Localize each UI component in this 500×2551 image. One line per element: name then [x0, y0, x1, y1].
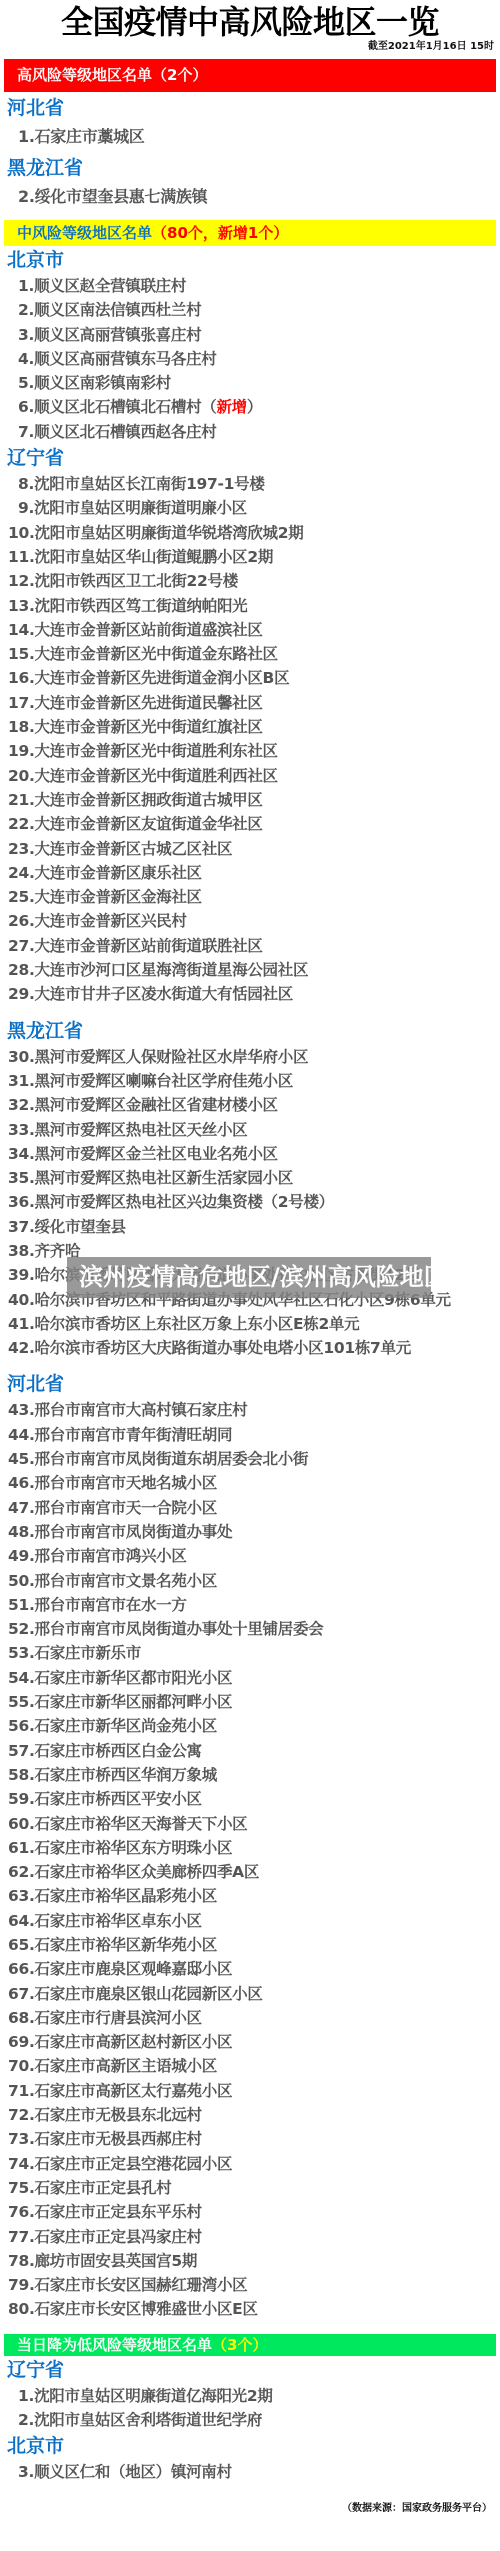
list-item-text: 60.石家庄市裕华区天海誉天下小区	[8, 1815, 247, 1833]
list-item-text: 71.石家庄市高新区太行嘉苑小区	[8, 2082, 232, 2100]
list-item-text: 24.大连市金普新区康乐社区	[8, 864, 202, 882]
list-item: 7.顺义区北石槽镇西赵各庄村	[0, 420, 500, 444]
list-item: 47.邢台市南宫市天一合院小区	[0, 1496, 500, 1520]
list-item-text: 30.黑河市爱辉区人保财险社区水岸华府小区	[8, 1048, 308, 1066]
high-risk-section: 高风险等级地区名单（2个） 河北省 1.石家庄市藁城区 黑龙江省 2.绥化市望奎…	[0, 59, 500, 212]
list-item-text: 11.沈阳市皇姑区华山街道鲲鹏小区2期	[8, 548, 273, 566]
list-item-text: 53.石家庄市新乐市	[8, 1644, 141, 1662]
list-item: 75.石家庄市正定县孔村	[0, 2176, 500, 2200]
high-risk-count: （2个）	[152, 66, 207, 84]
mid-risk-count: （80个，新增1个）	[152, 224, 288, 242]
list-item-text: 22.大连市金普新区友谊街道金华社区	[8, 815, 263, 833]
list-item-text: 75.石家庄市正定县孔村	[8, 2179, 171, 2197]
list-item-text: 45.邢台市南宫市凤岗街道东胡居委会北小街	[8, 1450, 308, 1468]
list-item: 33.黑河市爱辉区热电社区天丝小区	[0, 1118, 500, 1142]
list-item-text: 76.石家庄市正定县东平乐村	[8, 2203, 202, 2221]
list-item-text: 8.沈阳市皇姑区长江南街197-1号楼	[18, 475, 265, 493]
list-item: 61.石家庄市裕华区东方明珠小区	[0, 1836, 500, 1860]
list-item: 3.顺义区仁和（地区）镇河南村	[0, 2460, 500, 2484]
list-item-text: 73.石家庄市无极县西郝庄村	[8, 2130, 202, 2148]
list-item-text: 57.石家庄市桥西区白金公寓	[8, 1742, 202, 1760]
list-item-text: 64.石家庄市裕华区卓东小区	[8, 1912, 202, 1930]
high-risk-header: 高风险等级地区名单（2个）	[4, 59, 496, 92]
list-item: 72.石家庄市无极县东北远村	[0, 2103, 500, 2127]
list-item: 79.石家庄市长安区国赫红珊湾小区	[0, 2273, 500, 2297]
list-item: 19.大连市金普新区光中街道胜利东社区	[0, 739, 500, 763]
list-item-text: 33.黑河市爱辉区热电社区天丝小区	[8, 1121, 247, 1139]
list-item-text: 34.黑河市爱辉区金兰社区电业名苑小区	[8, 1145, 278, 1163]
list-item: 48.邢台市南宫市凤岗街道办事处	[0, 1520, 500, 1544]
list-item-text: 35.黑河市爱辉区热电社区新生活家园小区	[8, 1169, 293, 1187]
list-item-text: 13.沈阳市铁西区笃工街道纳帕阳光	[8, 597, 247, 615]
list-item: 18.大连市金普新区光中街道红旗社区	[0, 715, 500, 739]
list-item-text: 42.哈尔滨市香坊区大庆路街道办事处电塔小区101栋7单元	[8, 1339, 411, 1357]
list-item-text: 66.石家庄市鹿泉区观峰嘉邸小区	[8, 1960, 232, 1978]
province-heading: 黑龙江省	[0, 152, 500, 182]
list-item: 49.邢台市南宫市鸿兴小区	[0, 1544, 500, 1568]
list-item-text: 36.黑河市爱辉区热电社区兴边集资楼（2号楼）	[8, 1193, 334, 1211]
list-item-text: 67.石家庄市鹿泉区银山花园新区小区	[8, 1985, 263, 2003]
list-item-text: 16.大连市金普新区先进街道金润小区B区	[8, 669, 289, 687]
list-item: 3.顺义区高丽营镇张喜庄村	[0, 323, 500, 347]
list-item-text: 4.顺义区高丽营镇东马各庄村	[18, 350, 216, 368]
list-item: 62.石家庄市裕华区众美廊桥四季A区	[0, 1860, 500, 1884]
list-item: 37.绥化市望奎县	[0, 1215, 500, 1239]
list-item-text: 10.沈阳市皇姑区明廉街道华锐塔湾欣城2期	[8, 524, 303, 542]
list-item: 45.邢台市南宫市凤岗街道东胡居委会北小街	[0, 1447, 500, 1471]
data-source-note: （数据来源：国家政务服务平台）	[0, 2499, 500, 2514]
list-item: 1.沈阳市皇姑区明廉街道亿海阳光2期	[0, 2384, 500, 2408]
list-item-text: 59.石家庄市桥西区平安小区	[8, 1790, 202, 1808]
new-tag: 新增	[216, 398, 246, 416]
list-item: 41.哈尔滨市香坊区上东社区万象上东小区E栋2单元	[0, 1312, 500, 1336]
list-item: 1.顺义区赵全营镇联庄村	[0, 274, 500, 298]
list-item: 2.沈阳市皇姑区舍利塔街道世纪学府	[0, 2408, 500, 2432]
list-item: 29.大连市甘井子区凌水街道大有恬园社区	[0, 982, 500, 1006]
province-heading: 北京市	[0, 246, 500, 274]
caption-overlay-banner: 滨州疫情高危地区/滨州高风险地区	[67, 1257, 431, 1298]
list-item: 74.石家庄市正定县空港花园小区	[0, 2152, 500, 2176]
list-item-text: 6.顺义区北石槽镇北石槽村	[18, 398, 201, 416]
list-item: 1.石家庄市藁城区	[0, 122, 500, 152]
list-item-text: 80.石家庄市长安区博雅盛世小区E区	[8, 2300, 258, 2318]
list-item: 43.邢台市南宫市大高村镇石家庄村	[0, 1398, 500, 1422]
list-item-text: 50.邢台市南宫市文景名苑小区	[8, 1572, 217, 1590]
list-item-text: 44.邢台市南宫市青年街清旺胡同	[8, 1426, 232, 1444]
list-item: 80.石家庄市长安区博雅盛世小区E区	[0, 2297, 500, 2321]
risk-area-page: 全国疫情中高风险地区一览 截至2021年1月16日 15时 高风险等级地区名单（…	[0, 0, 500, 2522]
list-item-text: 5.顺义区南彩镇南彩村	[18, 374, 171, 392]
list-item: 76.石家庄市正定县东平乐村	[0, 2200, 500, 2224]
list-item-text: 51.邢台市南宫市在水一方	[8, 1596, 187, 1614]
list-item: 50.邢台市南宫市文景名苑小区	[0, 1569, 500, 1593]
list-item: 5.顺义区南彩镇南彩村	[0, 371, 500, 395]
list-item: 44.邢台市南宫市青年街清旺胡同	[0, 1423, 500, 1447]
list-item-text: 62.石家庄市裕华区众美廊桥四季A区	[8, 1863, 259, 1881]
list-item-text: 1.顺义区赵全营镇联庄村	[18, 277, 186, 295]
list-item-text: 65.石家庄市裕华区新华苑小区	[8, 1936, 217, 1954]
list-item: 69.石家庄市高新区赵村新区小区	[0, 2030, 500, 2054]
list-item-text: 3.顺义区高丽营镇张喜庄村	[18, 326, 201, 344]
province-heading: 黑龙江省	[0, 1017, 500, 1045]
low-risk-section: 当日降为低风险等级地区名单（3个） 辽宁省 1.沈阳市皇姑区明廉街道亿海阳光2期…	[0, 2334, 500, 2485]
list-item-text: 41.哈尔滨市香坊区上东社区万象上东小区E栋2单元	[8, 1315, 359, 1333]
list-item-text: 9.沈阳市皇姑区明廉街道明廉小区	[18, 499, 247, 517]
list-item: 9.沈阳市皇姑区明廉街道明廉小区	[0, 496, 500, 520]
list-item: 14.大连市金普新区站前街道盛滨社区	[0, 618, 500, 642]
province-heading: 辽宁省	[0, 444, 500, 472]
list-item: 22.大连市金普新区友谊街道金华社区	[0, 812, 500, 836]
list-item: 51.邢台市南宫市在水一方	[0, 1593, 500, 1617]
list-item-text: 55.石家庄市新华区丽都河畔小区	[8, 1693, 232, 1711]
list-item: 24.大连市金普新区康乐社区	[0, 861, 500, 885]
list-item-text: 29.大连市甘井子区凌水街道大有恬园社区	[8, 985, 293, 1003]
list-item: 30.黑河市爱辉区人保财险社区水岸华府小区	[0, 1045, 500, 1069]
list-item-text: 74.石家庄市正定县空港花园小区	[8, 2155, 232, 2173]
list-item: 35.黑河市爱辉区热电社区新生活家园小区	[0, 1166, 500, 1190]
province-heading: 河北省	[0, 92, 500, 122]
list-item: 23.大连市金普新区古城乙区社区	[0, 837, 500, 861]
mid-risk-header: 中风险等级地区名单（80个，新增1个）	[4, 220, 496, 246]
list-item: 17.大连市金普新区先进街道民馨社区	[0, 691, 500, 715]
list-item: 20.大连市金普新区光中街道胜利西社区	[0, 764, 500, 788]
list-item: 42.哈尔滨市香坊区大庆路街道办事处电塔小区101栋7单元	[0, 1336, 500, 1360]
list-item: 16.大连市金普新区先进街道金润小区B区	[0, 666, 500, 690]
list-item: 8.沈阳市皇姑区长江南街197-1号楼	[0, 472, 500, 496]
list-item: 54.石家庄市新华区都市阳光小区	[0, 1666, 500, 1690]
list-item: 64.石家庄市裕华区卓东小区	[0, 1909, 500, 1933]
list-item-text: 15.大连市金普新区光中街道金东路社区	[8, 645, 278, 663]
list-item-text: 52.邢台市南宫市凤岗街道办事处十里铺居委会	[8, 1620, 323, 1638]
list-item: 59.石家庄市桥西区平安小区	[0, 1787, 500, 1811]
list-item: 36.黑河市爱辉区热电社区兴边集资楼（2号楼）	[0, 1190, 500, 1214]
list-item: 66.石家庄市鹿泉区观峰嘉邸小区	[0, 1957, 500, 1981]
list-item-text: 26.大连市金普新区兴民村	[8, 912, 187, 930]
list-item: 6.顺义区北石槽镇北石槽村（新增）	[0, 395, 500, 419]
low-risk-header: 当日降为低风险等级地区名单（3个）	[4, 2334, 496, 2356]
list-item: 46.邢台市南宫市天地名城小区	[0, 1471, 500, 1495]
list-item-text: 61.石家庄市裕华区东方明珠小区	[8, 1839, 232, 1857]
list-item: 63.石家庄市裕华区晶彩苑小区	[0, 1884, 500, 1908]
list-item-text: 18.大连市金普新区光中街道红旗社区	[8, 718, 263, 736]
list-item-text: 46.邢台市南宫市天地名城小区	[8, 1474, 217, 1492]
list-item: 12.沈阳市铁西区卫工北街22号楼	[0, 569, 500, 593]
list-item: 26.大连市金普新区兴民村	[0, 909, 500, 933]
list-item: 21.大连市金普新区拥政街道古城甲区	[0, 788, 500, 812]
mid-risk-label: 中风险等级地区名单	[17, 224, 152, 242]
list-item: 68.石家庄市行唐县滨河小区	[0, 2006, 500, 2030]
list-item-text: 72.石家庄市无极县东北远村	[8, 2106, 202, 2124]
list-item-text: 19.大连市金普新区光中街道胜利东社区	[8, 742, 278, 760]
list-item: 4.顺义区高丽营镇东马各庄村	[0, 347, 500, 371]
list-item-text: 54.石家庄市新华区都市阳光小区	[8, 1669, 232, 1687]
list-item: 58.石家庄市桥西区华润万象城	[0, 1763, 500, 1787]
list-item: 15.大连市金普新区光中街道金东路社区	[0, 642, 500, 666]
list-item: 73.石家庄市无极县西郝庄村	[0, 2127, 500, 2151]
list-item: 28.大连市沙河口区星海湾街道星海公园社区	[0, 958, 500, 982]
list-item: 57.石家庄市桥西区白金公寓	[0, 1739, 500, 1763]
list-item: 55.石家庄市新华区丽都河畔小区	[0, 1690, 500, 1714]
list-item: 27.大连市金普新区站前街道联胜社区	[0, 934, 500, 958]
list-item: 34.黑河市爱辉区金兰社区电业名苑小区	[0, 1142, 500, 1166]
list-item: 2.顺义区南法信镇西杜兰村	[0, 298, 500, 322]
list-item-text: 47.邢台市南宫市天一合院小区	[8, 1499, 217, 1517]
low-risk-count: （3个）	[212, 2336, 267, 2354]
list-item-text: 77.石家庄市正定县冯家庄村	[8, 2228, 202, 2246]
list-item: 53.石家庄市新乐市	[0, 1641, 500, 1665]
province-heading: 北京市	[0, 2432, 500, 2460]
list-item-text: 14.大连市金普新区站前街道盛滨社区	[8, 621, 263, 639]
list-item-text: 7.顺义区北石槽镇西赵各庄村	[18, 423, 216, 441]
list-item: 77.石家庄市正定县冯家庄村	[0, 2225, 500, 2249]
list-item: 31.黑河市爱辉区喇嘛台社区学府佳苑小区	[0, 1069, 500, 1093]
low-risk-label: 当日降为低风险等级地区名单	[17, 2336, 212, 2354]
province-heading: 河北省	[0, 1370, 500, 1398]
list-item: 11.沈阳市皇姑区华山街道鲲鹏小区2期	[0, 545, 500, 569]
list-item: 71.石家庄市高新区太行嘉苑小区	[0, 2079, 500, 2103]
list-item: 2.绥化市望奎县惠七满族镇	[0, 182, 500, 212]
list-item: 70.石家庄市高新区主语城小区	[0, 2054, 500, 2078]
province-heading: 辽宁省	[0, 2356, 500, 2384]
list-item: 78.廊坊市固安县英国宫5期	[0, 2249, 500, 2273]
list-item-text: 25.大连市金普新区金海社区	[8, 888, 202, 906]
list-item-text: 63.石家庄市裕华区晶彩苑小区	[8, 1887, 217, 1905]
list-item: 32.黑河市爱辉区金融社区省建材楼小区	[0, 1093, 500, 1117]
list-item-text: 28.大连市沙河口区星海湾街道星海公园社区	[8, 961, 308, 979]
list-item-text: 49.邢台市南宫市鸿兴小区	[8, 1547, 187, 1565]
list-item-text: 68.石家庄市行唐县滨河小区	[8, 2009, 202, 2027]
list-item-text: 48.邢台市南宫市凤岗街道办事处	[8, 1523, 232, 1541]
list-item-text: 20.大连市金普新区光中街道胜利西社区	[8, 767, 278, 785]
list-item-text: 70.石家庄市高新区主语城小区	[8, 2057, 217, 2075]
list-item-text: 32.黑河市爱辉区金融社区省建材楼小区	[8, 1096, 278, 1114]
list-item-text: 21.大连市金普新区拥政街道古城甲区	[8, 791, 263, 809]
list-item-text: 12.沈阳市铁西区卫工北街22号楼	[8, 572, 238, 590]
list-item-text: 79.石家庄市长安区国赫红珊湾小区	[8, 2276, 247, 2294]
list-item-text: 31.黑河市爱辉区喇嘛台社区学府佳苑小区	[8, 1072, 293, 1090]
list-item-text: 56.石家庄市新华区尚金苑小区	[8, 1717, 217, 1735]
list-item: 13.沈阳市铁西区笃工街道纳帕阳光	[0, 594, 500, 618]
list-item: 56.石家庄市新华区尚金苑小区	[0, 1714, 500, 1738]
list-item-text: 43.邢台市南宫市大高村镇石家庄村	[8, 1401, 247, 1419]
list-item: 60.石家庄市裕华区天海誉天下小区	[0, 1812, 500, 1836]
list-item-text: 2.顺义区南法信镇西杜兰村	[18, 301, 201, 319]
list-item-text: 17.大连市金普新区先进街道民馨社区	[8, 694, 263, 712]
page-title: 全国疫情中高风险地区一览	[0, 0, 500, 43]
high-risk-label: 高风险等级地区名单	[17, 66, 152, 84]
list-item-text: 69.石家庄市高新区赵村新区小区	[8, 2033, 232, 2051]
list-item: 25.大连市金普新区金海社区	[0, 885, 500, 909]
list-item: 65.石家庄市裕华区新华苑小区	[0, 1933, 500, 1957]
list-item: 10.沈阳市皇姑区明廉街道华锐塔湾欣城2期	[0, 521, 500, 545]
list-item-text: 78.廊坊市固安县英国宫5期	[8, 2252, 197, 2270]
list-item-text: 58.石家庄市桥西区华润万象城	[8, 1766, 217, 1784]
list-item-text: 37.绥化市望奎县	[8, 1218, 126, 1236]
list-item: 52.邢台市南宫市凤岗街道办事处十里铺居委会	[0, 1617, 500, 1641]
list-item-text: 27.大连市金普新区站前街道联胜社区	[8, 937, 263, 955]
list-item: 67.石家庄市鹿泉区银山花园新区小区	[0, 1982, 500, 2006]
list-item-text: 23.大连市金普新区古城乙区社区	[8, 840, 232, 858]
